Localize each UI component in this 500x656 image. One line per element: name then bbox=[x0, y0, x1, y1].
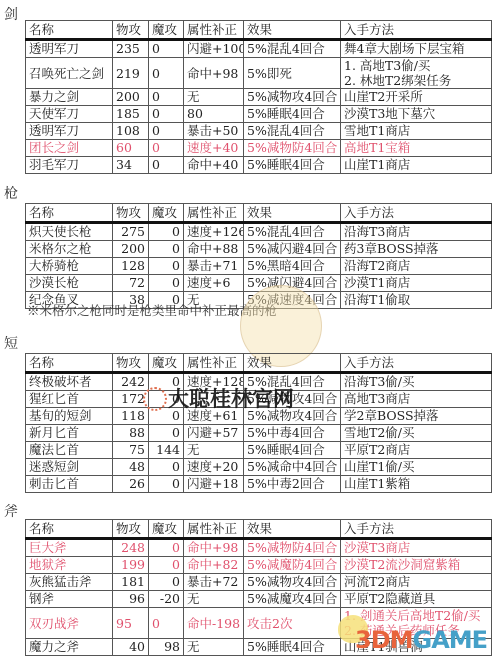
cell-matk: 0 bbox=[149, 408, 184, 425]
cell-bonus: 闪避+100 bbox=[184, 40, 244, 58]
cell-source: 高地T1宝箱 bbox=[341, 140, 492, 157]
cell-effect: 5%黑暗4回合 bbox=[244, 258, 341, 275]
cell-effect: 5%中毒4回合 bbox=[244, 425, 341, 442]
cell-source: 山崖T1偷/买 bbox=[341, 459, 492, 476]
source-line: 1. 高地T3偷/买 bbox=[344, 58, 488, 73]
cell-patk: 108 bbox=[113, 123, 149, 140]
table-row: 魔力之斧 40 98 无 5%睡眠4回合 山崖T1驯兽洞 bbox=[26, 639, 492, 656]
col-header-name: 名称 bbox=[26, 520, 113, 539]
cell-source: 沿海T2商店 bbox=[341, 258, 492, 275]
cell-patk: 172 bbox=[113, 391, 149, 408]
cell-name: 召唤死亡之剑 bbox=[26, 58, 113, 89]
cell-source: 雪地T2偷/买 bbox=[341, 425, 492, 442]
cell-source: 平原T2隐藏道具 bbox=[341, 591, 492, 608]
cell-bonus: 闪避+18 bbox=[184, 476, 244, 493]
cell-patk: 95 bbox=[113, 608, 149, 639]
cell-patk: 248 bbox=[113, 539, 149, 557]
cell-name: 天使军刀 bbox=[26, 106, 113, 123]
cell-effect: 5%减物攻4回合 bbox=[244, 574, 341, 591]
cell-bonus: 命中+82 bbox=[184, 557, 244, 574]
cell-source: 沿海T3偷/买 bbox=[341, 373, 492, 391]
source-line: 2. 林地T2绑架任务 bbox=[344, 73, 488, 88]
cell-name: 终极破坏者 bbox=[26, 373, 113, 391]
cell-patk: 200 bbox=[113, 89, 149, 106]
cell-source: 沙漠T3地下墓穴 bbox=[341, 106, 492, 123]
cell-bonus: 命中+98 bbox=[184, 58, 244, 89]
cell-matk: 0 bbox=[149, 425, 184, 442]
table-row-highlighted: 巨大斧 248 0 命中+98 5%减物防4回合 沙漠T3商店 bbox=[26, 539, 492, 557]
table-row: 羽毛军刀 34 0 命中+40 5%睡眠4回合 山崖T1商店 bbox=[26, 157, 492, 174]
cell-source: 沙漠T3商店 bbox=[341, 539, 492, 557]
sword-table: 名称 物攻 魔攻 属性补正 效果 入手方法 透明军刀 235 0 闪避+100 … bbox=[25, 20, 492, 174]
col-header-source: 入手方法 bbox=[341, 21, 492, 40]
cell-source: 山崖T1紫箱 bbox=[341, 476, 492, 493]
spear-table: 名称 物攻 魔攻 属性补正 效果 入手方法 炽天使长枪 275 0 速度+126… bbox=[25, 203, 492, 309]
cell-name: 羽毛军刀 bbox=[26, 157, 113, 174]
cell-effect: 5%减物攻4回合 bbox=[244, 391, 341, 408]
cell-effect: 攻击2次 bbox=[244, 608, 341, 639]
section-label-axe: 斧 bbox=[4, 501, 18, 521]
cell-patk: 199 bbox=[113, 557, 149, 574]
cell-patk: 219 bbox=[113, 58, 149, 89]
cell-bonus: 无 bbox=[184, 639, 244, 656]
cell-patk: 128 bbox=[113, 258, 149, 275]
table-row: 灰熊猛击斧 181 0 暴击+72 5%减物攻4回合 河流T2商店 bbox=[26, 574, 492, 591]
cell-effect: 5%睡眠4回合 bbox=[244, 106, 341, 123]
cell-name: 新月匕首 bbox=[26, 425, 113, 442]
cell-source: 山崖T1商店 bbox=[341, 157, 492, 174]
spear-note: ※米格尔之枪同时是枪类里命中补正最高的枪 bbox=[27, 301, 277, 319]
cell-effect: 5%混乱4回合 bbox=[244, 373, 341, 391]
table-row: 终极破坏者 242 0 速度+128 5%混乱4回合 沿海T3偷/买 bbox=[26, 373, 492, 391]
cell-effect: 5%减物防4回合 bbox=[244, 140, 341, 157]
col-header-effect: 效果 bbox=[244, 520, 341, 539]
cell-name: 魔力之斧 bbox=[26, 639, 113, 656]
cell-bonus: 命中-198 bbox=[184, 608, 244, 639]
cell-effect: 5%即死 bbox=[244, 58, 341, 89]
cell-source: 雪地T1商店 bbox=[341, 123, 492, 140]
col-header-effect: 效果 bbox=[244, 204, 341, 223]
cell-patk: 60 bbox=[113, 140, 149, 157]
table-header-row: 名称 物攻 魔攻 属性补正 效果 入手方法 bbox=[26, 354, 492, 373]
table-row: 基旬的短剑 118 0 速度+61 5%减物攻4回合 学2章BOSS掉落 bbox=[26, 408, 492, 425]
table-header-row: 名称 物攻 魔攻 属性补正 效果 入手方法 bbox=[26, 204, 492, 223]
col-header-bonus: 属性补正 bbox=[184, 354, 244, 373]
cell-patk: 26 bbox=[113, 476, 149, 493]
cell-name: 灰熊猛击斧 bbox=[26, 574, 113, 591]
table-row-highlighted: 团长之剑 60 0 速度+40 5%减物防4回合 高地T1宝箱 bbox=[26, 140, 492, 157]
table-row: 炽天使长枪 275 0 速度+126 5%混乱4回合 沿海T3商店 bbox=[26, 223, 492, 241]
col-header-patk: 物攻 bbox=[113, 354, 149, 373]
cell-patk: 96 bbox=[113, 591, 149, 608]
col-header-name: 名称 bbox=[26, 204, 113, 223]
source-line: 1. 剑通关后高地T2偷/买 bbox=[344, 608, 488, 623]
cell-name: 团长之剑 bbox=[26, 140, 113, 157]
cell-matk: 0 bbox=[149, 241, 184, 258]
table-row: 魔法匕首 75 144 无 5%睡眠4回合 平原T2商店 bbox=[26, 442, 492, 459]
col-header-patk: 物攻 bbox=[113, 204, 149, 223]
cell-effect: 5%减魔攻4回合 bbox=[244, 591, 341, 608]
table-row: 召唤死亡之剑 219 0 命中+98 5%即死 1. 高地T3偷/买 2. 林地… bbox=[26, 58, 492, 89]
table-row: 大桥骑枪 128 0 暴击+71 5%黑暗4回合 沿海T2商店 bbox=[26, 258, 492, 275]
table-header-row: 名称 物攻 魔攻 属性补正 效果 入手方法 bbox=[26, 520, 492, 539]
section-label-sword: 剑 bbox=[4, 4, 18, 24]
cell-effect: 5%减命中4回合 bbox=[244, 459, 341, 476]
cell-effect: 5%混乱4回合 bbox=[244, 40, 341, 58]
cell-bonus: 命中+40 bbox=[184, 157, 244, 174]
cell-patk: 235 bbox=[113, 40, 149, 58]
cell-bonus: 速度+128 bbox=[184, 373, 244, 391]
cell-effect: 5%减魔防4回合 bbox=[244, 557, 341, 574]
cell-effect: 5%睡眠4回合 bbox=[244, 442, 341, 459]
cell-matk: 0 bbox=[149, 373, 184, 391]
cell-bonus: 暴击+72 bbox=[184, 574, 244, 591]
cell-source: 沙漠T2流沙洞窟紫箱 bbox=[341, 557, 492, 574]
cell-matk: 0 bbox=[149, 40, 184, 58]
table-row: 米格尔之枪 200 0 命中+88 5%减闪避4回合 药3章BOSS掉落 bbox=[26, 241, 492, 258]
cell-effect: 5%减物攻4回合 bbox=[244, 89, 341, 106]
cell-name: 双刃战斧 bbox=[26, 608, 113, 639]
table-row: 暴力之剑 200 0 无 5%减物攻4回合 山崖T2开采所 bbox=[26, 89, 492, 106]
cell-name: 猩红匕首 bbox=[26, 391, 113, 408]
cell-bonus: 80 bbox=[184, 106, 244, 123]
cell-patk: 48 bbox=[113, 459, 149, 476]
cell-patk: 275 bbox=[113, 223, 149, 241]
cell-name: 米格尔之枪 bbox=[26, 241, 113, 258]
cell-patk: 40 bbox=[113, 639, 149, 656]
cell-matk: -20 bbox=[149, 591, 184, 608]
cell-name: 巨大斧 bbox=[26, 539, 113, 557]
cell-matk: 144 bbox=[149, 442, 184, 459]
col-header-source: 入手方法 bbox=[341, 520, 492, 539]
col-header-name: 名称 bbox=[26, 354, 113, 373]
cell-effect: 5%减闪避4回合 bbox=[244, 241, 341, 258]
cell-matk: 0 bbox=[149, 459, 184, 476]
cell-matk: 0 bbox=[149, 608, 184, 639]
col-header-patk: 物攻 bbox=[113, 520, 149, 539]
cell-matk: 0 bbox=[149, 223, 184, 241]
cell-effect: 5%睡眠4回合 bbox=[244, 639, 341, 656]
cell-bonus: 速度+40 bbox=[184, 140, 244, 157]
cell-matk: 0 bbox=[149, 58, 184, 89]
table-row: 钢斧 96 -20 无 5%减魔攻4回合 平原T2隐藏道具 bbox=[26, 591, 492, 608]
col-header-matk: 魔攻 bbox=[149, 520, 184, 539]
col-header-matk: 魔攻 bbox=[149, 204, 184, 223]
cell-name: 沙漠长枪 bbox=[26, 275, 113, 292]
cell-matk: 0 bbox=[149, 106, 184, 123]
cell-bonus: 暴击+71 bbox=[184, 258, 244, 275]
cell-matk: 0 bbox=[149, 157, 184, 174]
section-label-spear: 枪 bbox=[4, 183, 18, 203]
cell-matk: 0 bbox=[149, 476, 184, 493]
cell-source: 山崖T1驯兽洞 bbox=[341, 639, 492, 656]
cell-bonus bbox=[184, 391, 244, 408]
cell-name: 大桥骑枪 bbox=[26, 258, 113, 275]
col-header-matk: 魔攻 bbox=[149, 354, 184, 373]
cell-source: 学2章BOSS掉落 bbox=[341, 408, 492, 425]
table-row: 迷惑短剑 48 0 速度+20 5%减命中4回合 山崖T1偷/买 bbox=[26, 459, 492, 476]
cell-patk: 72 bbox=[113, 275, 149, 292]
cell-name: 透明军刀 bbox=[26, 40, 113, 58]
source-line: 2. 药通关后药师任务 bbox=[344, 623, 488, 638]
cell-matk: 0 bbox=[149, 89, 184, 106]
cell-name: 地狱斧 bbox=[26, 557, 113, 574]
cell-patk: 185 bbox=[113, 106, 149, 123]
cell-matk: 0 bbox=[149, 539, 184, 557]
cell-bonus: 无 bbox=[184, 591, 244, 608]
col-header-effect: 效果 bbox=[244, 354, 341, 373]
cell-bonus: 命中+98 bbox=[184, 539, 244, 557]
cell-effect: 5%睡眠4回合 bbox=[244, 157, 341, 174]
cell-effect: 5%中毒2回合 bbox=[244, 476, 341, 493]
cell-bonus: 速度+6 bbox=[184, 275, 244, 292]
col-header-effect: 效果 bbox=[244, 21, 341, 40]
cell-source: 山崖T2开采所 bbox=[341, 89, 492, 106]
table-header-row: 名称 物攻 魔攻 属性补正 效果 入手方法 bbox=[26, 21, 492, 40]
col-header-bonus: 属性补正 bbox=[184, 204, 244, 223]
cell-name: 基旬的短剑 bbox=[26, 408, 113, 425]
cell-source: 平原T2商店 bbox=[341, 442, 492, 459]
cell-matk: 0 bbox=[149, 557, 184, 574]
table-row: 透明军刀 108 0 暴击+50 5%混乱4回合 雪地T1商店 bbox=[26, 123, 492, 140]
cell-source: 沙漠T1商店 bbox=[341, 275, 492, 292]
cell-source: 舞4章大剧场下层宝箱 bbox=[341, 40, 492, 58]
dagger-table: 名称 物攻 魔攻 属性补正 效果 入手方法 终极破坏者 242 0 速度+128… bbox=[25, 353, 492, 493]
table-row: 新月匕首 88 0 闪避+57 5%中毒4回合 雪地T2偷/买 bbox=[26, 425, 492, 442]
cell-source: 沿海T3商店 bbox=[341, 223, 492, 241]
cell-name: 钢斧 bbox=[26, 591, 113, 608]
cell-bonus: 无 bbox=[184, 442, 244, 459]
cell-bonus: 速度+126 bbox=[184, 223, 244, 241]
cell-name: 透明军刀 bbox=[26, 123, 113, 140]
cell-name: 迷惑短剑 bbox=[26, 459, 113, 476]
col-header-matk: 魔攻 bbox=[149, 21, 184, 40]
cell-matk: 0 bbox=[149, 391, 184, 408]
col-header-source: 入手方法 bbox=[341, 204, 492, 223]
cell-source: 1. 剑通关后高地T2偷/买 2. 药通关后药师任务 bbox=[341, 608, 492, 639]
cell-effect: 5%混乱4回合 bbox=[244, 123, 341, 140]
cell-source: 1. 高地T3偷/买 2. 林地T2绑架任务 bbox=[341, 58, 492, 89]
section-label-dagger: 短 bbox=[4, 333, 18, 353]
table-row: 透明军刀 235 0 闪避+100 5%混乱4回合 舞4章大剧场下层宝箱 bbox=[26, 40, 492, 58]
col-header-bonus: 属性补正 bbox=[184, 21, 244, 40]
cell-matk: 98 bbox=[149, 639, 184, 656]
table-row: 沙漠长枪 72 0 速度+6 5%减闪避4回合 沙漠T1商店 bbox=[26, 275, 492, 292]
cell-source: 高地T3商店 bbox=[341, 391, 492, 408]
cell-patk: 75 bbox=[113, 442, 149, 459]
cell-name: 暴力之剑 bbox=[26, 89, 113, 106]
cell-matk: 0 bbox=[149, 123, 184, 140]
col-header-name: 名称 bbox=[26, 21, 113, 40]
cell-patk: 242 bbox=[113, 373, 149, 391]
table-row-highlighted: 地狱斧 199 0 命中+82 5%减魔防4回合 沙漠T2流沙洞窟紫箱 bbox=[26, 557, 492, 574]
cell-bonus: 闪避+57 bbox=[184, 425, 244, 442]
cell-matk: 0 bbox=[149, 275, 184, 292]
cell-bonus: 速度+20 bbox=[184, 459, 244, 476]
cell-source: 沿海T1偷取 bbox=[341, 292, 492, 309]
cell-matk: 0 bbox=[149, 140, 184, 157]
table-row: 刺击匕首 26 0 闪避+18 5%中毒2回合 山崖T1紫箱 bbox=[26, 476, 492, 493]
axe-table: 名称 物攻 魔攻 属性补正 效果 入手方法 巨大斧 248 0 命中+98 5%… bbox=[25, 519, 492, 656]
cell-source: 药3章BOSS掉落 bbox=[341, 241, 492, 258]
table-row: 猩红匕首 172 0 5%减物攻4回合 高地T3商店 bbox=[26, 391, 492, 408]
cell-bonus: 暴击+50 bbox=[184, 123, 244, 140]
cell-name: 魔法匕首 bbox=[26, 442, 113, 459]
cell-bonus: 命中+88 bbox=[184, 241, 244, 258]
cell-name: 炽天使长枪 bbox=[26, 223, 113, 241]
cell-source: 河流T2商店 bbox=[341, 574, 492, 591]
col-header-source: 入手方法 bbox=[341, 354, 492, 373]
cell-effect: 5%减物防4回合 bbox=[244, 539, 341, 557]
cell-patk: 34 bbox=[113, 157, 149, 174]
col-header-bonus: 属性补正 bbox=[184, 520, 244, 539]
cell-effect: 5%减闪避4回合 bbox=[244, 275, 341, 292]
cell-patk: 88 bbox=[113, 425, 149, 442]
cell-effect: 5%减物攻4回合 bbox=[244, 408, 341, 425]
cell-patk: 181 bbox=[113, 574, 149, 591]
cell-bonus: 速度+61 bbox=[184, 408, 244, 425]
cell-matk: 0 bbox=[149, 574, 184, 591]
cell-matk: 0 bbox=[149, 258, 184, 275]
cell-patk: 200 bbox=[113, 241, 149, 258]
cell-bonus: 无 bbox=[184, 89, 244, 106]
cell-patk: 118 bbox=[113, 408, 149, 425]
table-row-highlighted: 双刃战斧 95 0 命中-198 攻击2次 1. 剑通关后高地T2偷/买 2. … bbox=[26, 608, 492, 639]
table-row: 天使军刀 185 0 80 5%睡眠4回合 沙漠T3地下墓穴 bbox=[26, 106, 492, 123]
cell-effect: 5%混乱4回合 bbox=[244, 223, 341, 241]
col-header-patk: 物攻 bbox=[113, 21, 149, 40]
cell-name: 刺击匕首 bbox=[26, 476, 113, 493]
